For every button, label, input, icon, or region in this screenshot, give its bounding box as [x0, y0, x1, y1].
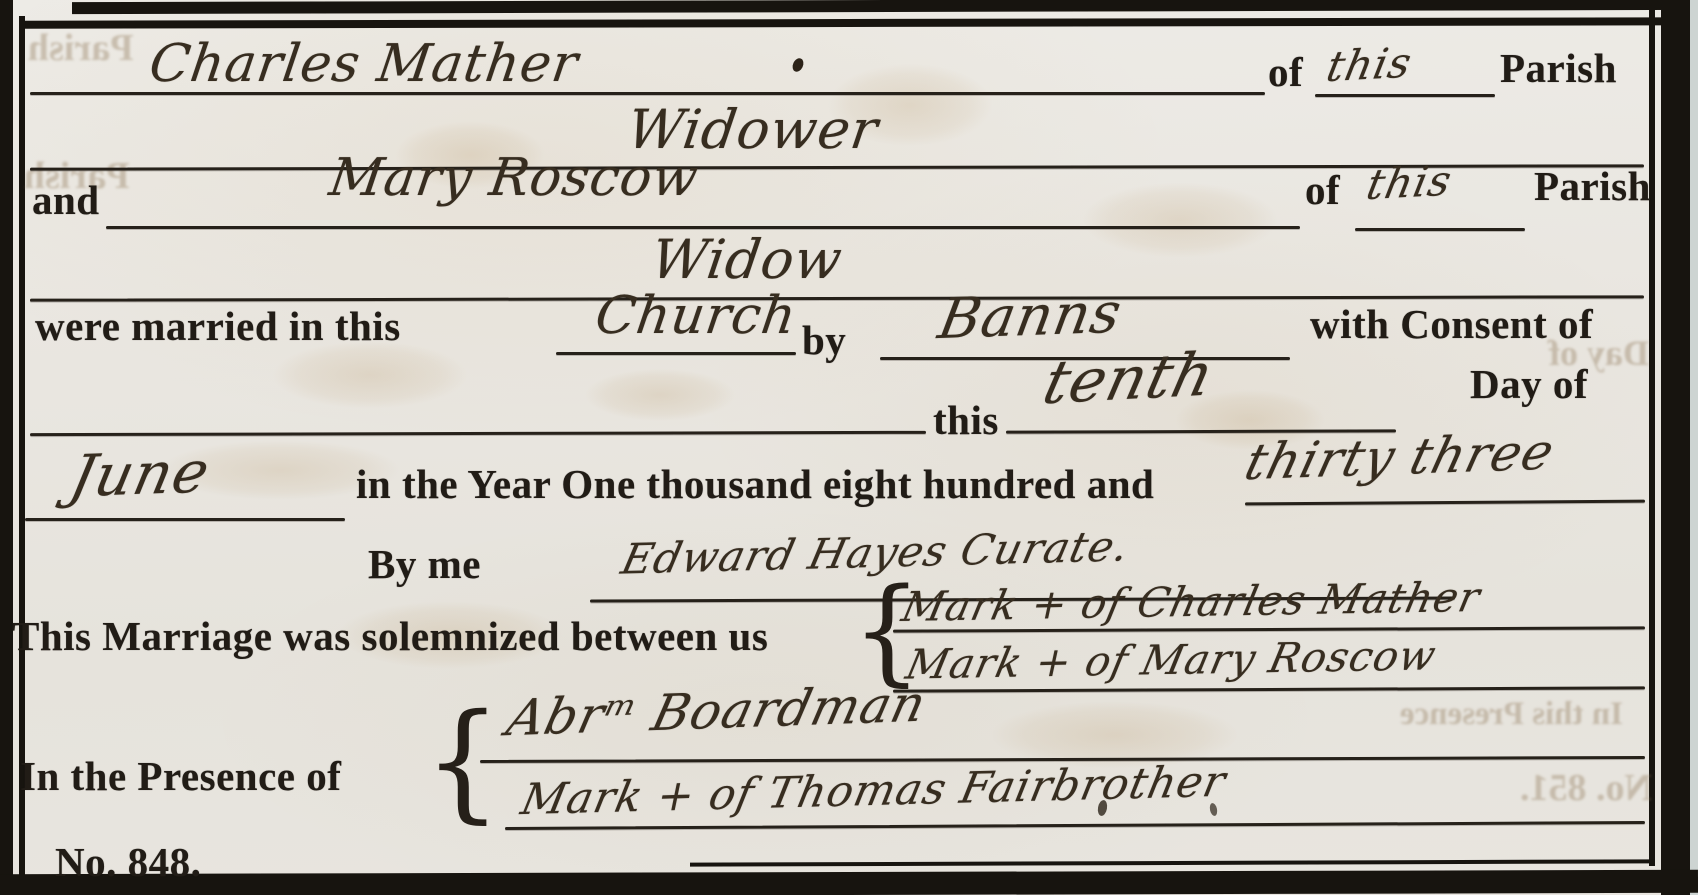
month-rule — [25, 518, 345, 521]
year-rule — [1245, 500, 1645, 506]
witness2-signature-handwriting: Mark + of Thomas Fairbrother — [517, 757, 1231, 825]
bride-mark-rule — [893, 686, 1645, 692]
solemnized-label: This Marriage was solemnized between us — [12, 612, 768, 660]
groom-name-rule — [30, 92, 1265, 95]
entry-number: No. 848. — [55, 838, 201, 886]
and-label: and — [32, 176, 100, 224]
page-border-bottom-thin — [690, 859, 1655, 866]
page-edge-strip — [1690, 0, 1698, 895]
bleed-through-text: No. 851. — [1520, 766, 1652, 810]
marriage-place-handwriting: Church — [592, 286, 801, 346]
month-handwriting: June — [64, 438, 216, 511]
bleed-through-text: Parish — [28, 26, 134, 70]
groom-name-handwriting: Charles Mather — [146, 34, 582, 94]
presence-label: In the Presence of — [20, 752, 341, 800]
day-handwriting: tenth — [1037, 340, 1222, 419]
bride-mark-handwriting: Mark + of Mary Roscow — [902, 631, 1441, 688]
witness1-signature-handwriting: Abrᵐ Boardman — [501, 675, 932, 747]
parish-label-groom: Parish — [1500, 44, 1617, 92]
married-prefix-label: were married in this — [35, 302, 401, 350]
day-of-label: Day of — [1470, 360, 1588, 408]
by-me-label: By me — [368, 540, 481, 588]
paper-stain — [560, 360, 760, 430]
marriage-method-handwriting: Banns — [934, 281, 1127, 352]
of-label-bride: of — [1305, 166, 1340, 214]
page-border-right-outer — [1661, 0, 1690, 895]
groom-residence-rule — [1315, 94, 1495, 97]
bride-condition-handwriting: Widow — [648, 228, 847, 291]
paper-stain — [1050, 170, 1310, 270]
page-border-top-outer — [72, 0, 1698, 14]
consent-label: with Consent of — [1310, 300, 1593, 348]
year-prefix-label: in the Year One thousand eight hundred a… — [356, 460, 1154, 508]
this-day-label: this — [933, 396, 999, 444]
page-border-top-inner — [22, 17, 1690, 28]
groom-residence-handwriting: this — [1323, 38, 1417, 91]
bride-name-handwriting: Mary Roscow — [326, 148, 703, 208]
witness2-rule — [505, 821, 1645, 830]
of-label-groom: of — [1268, 48, 1303, 96]
ink-blot — [791, 57, 806, 74]
bleed-through-text: In this Presence — [1400, 696, 1623, 733]
blank-rule — [30, 431, 926, 436]
page-border-left-outer — [0, 0, 13, 895]
by-label: by — [802, 316, 846, 364]
page-border-right-inner — [1649, 8, 1655, 866]
marriage-place-rule — [556, 352, 796, 355]
groom-mark-handwriting: Mark + of Charles Mather — [898, 573, 1485, 631]
marriage-register-page: Parish Parish Day of In this Presence No… — [0, 0, 1698, 895]
parish-label-bride: Parish — [1534, 162, 1651, 210]
bride-residence-handwriting: this — [1363, 156, 1457, 209]
page-border-bottom-outer — [0, 870, 1698, 895]
year-handwriting: thirty three — [1239, 423, 1560, 492]
bride-residence-rule — [1355, 228, 1525, 231]
